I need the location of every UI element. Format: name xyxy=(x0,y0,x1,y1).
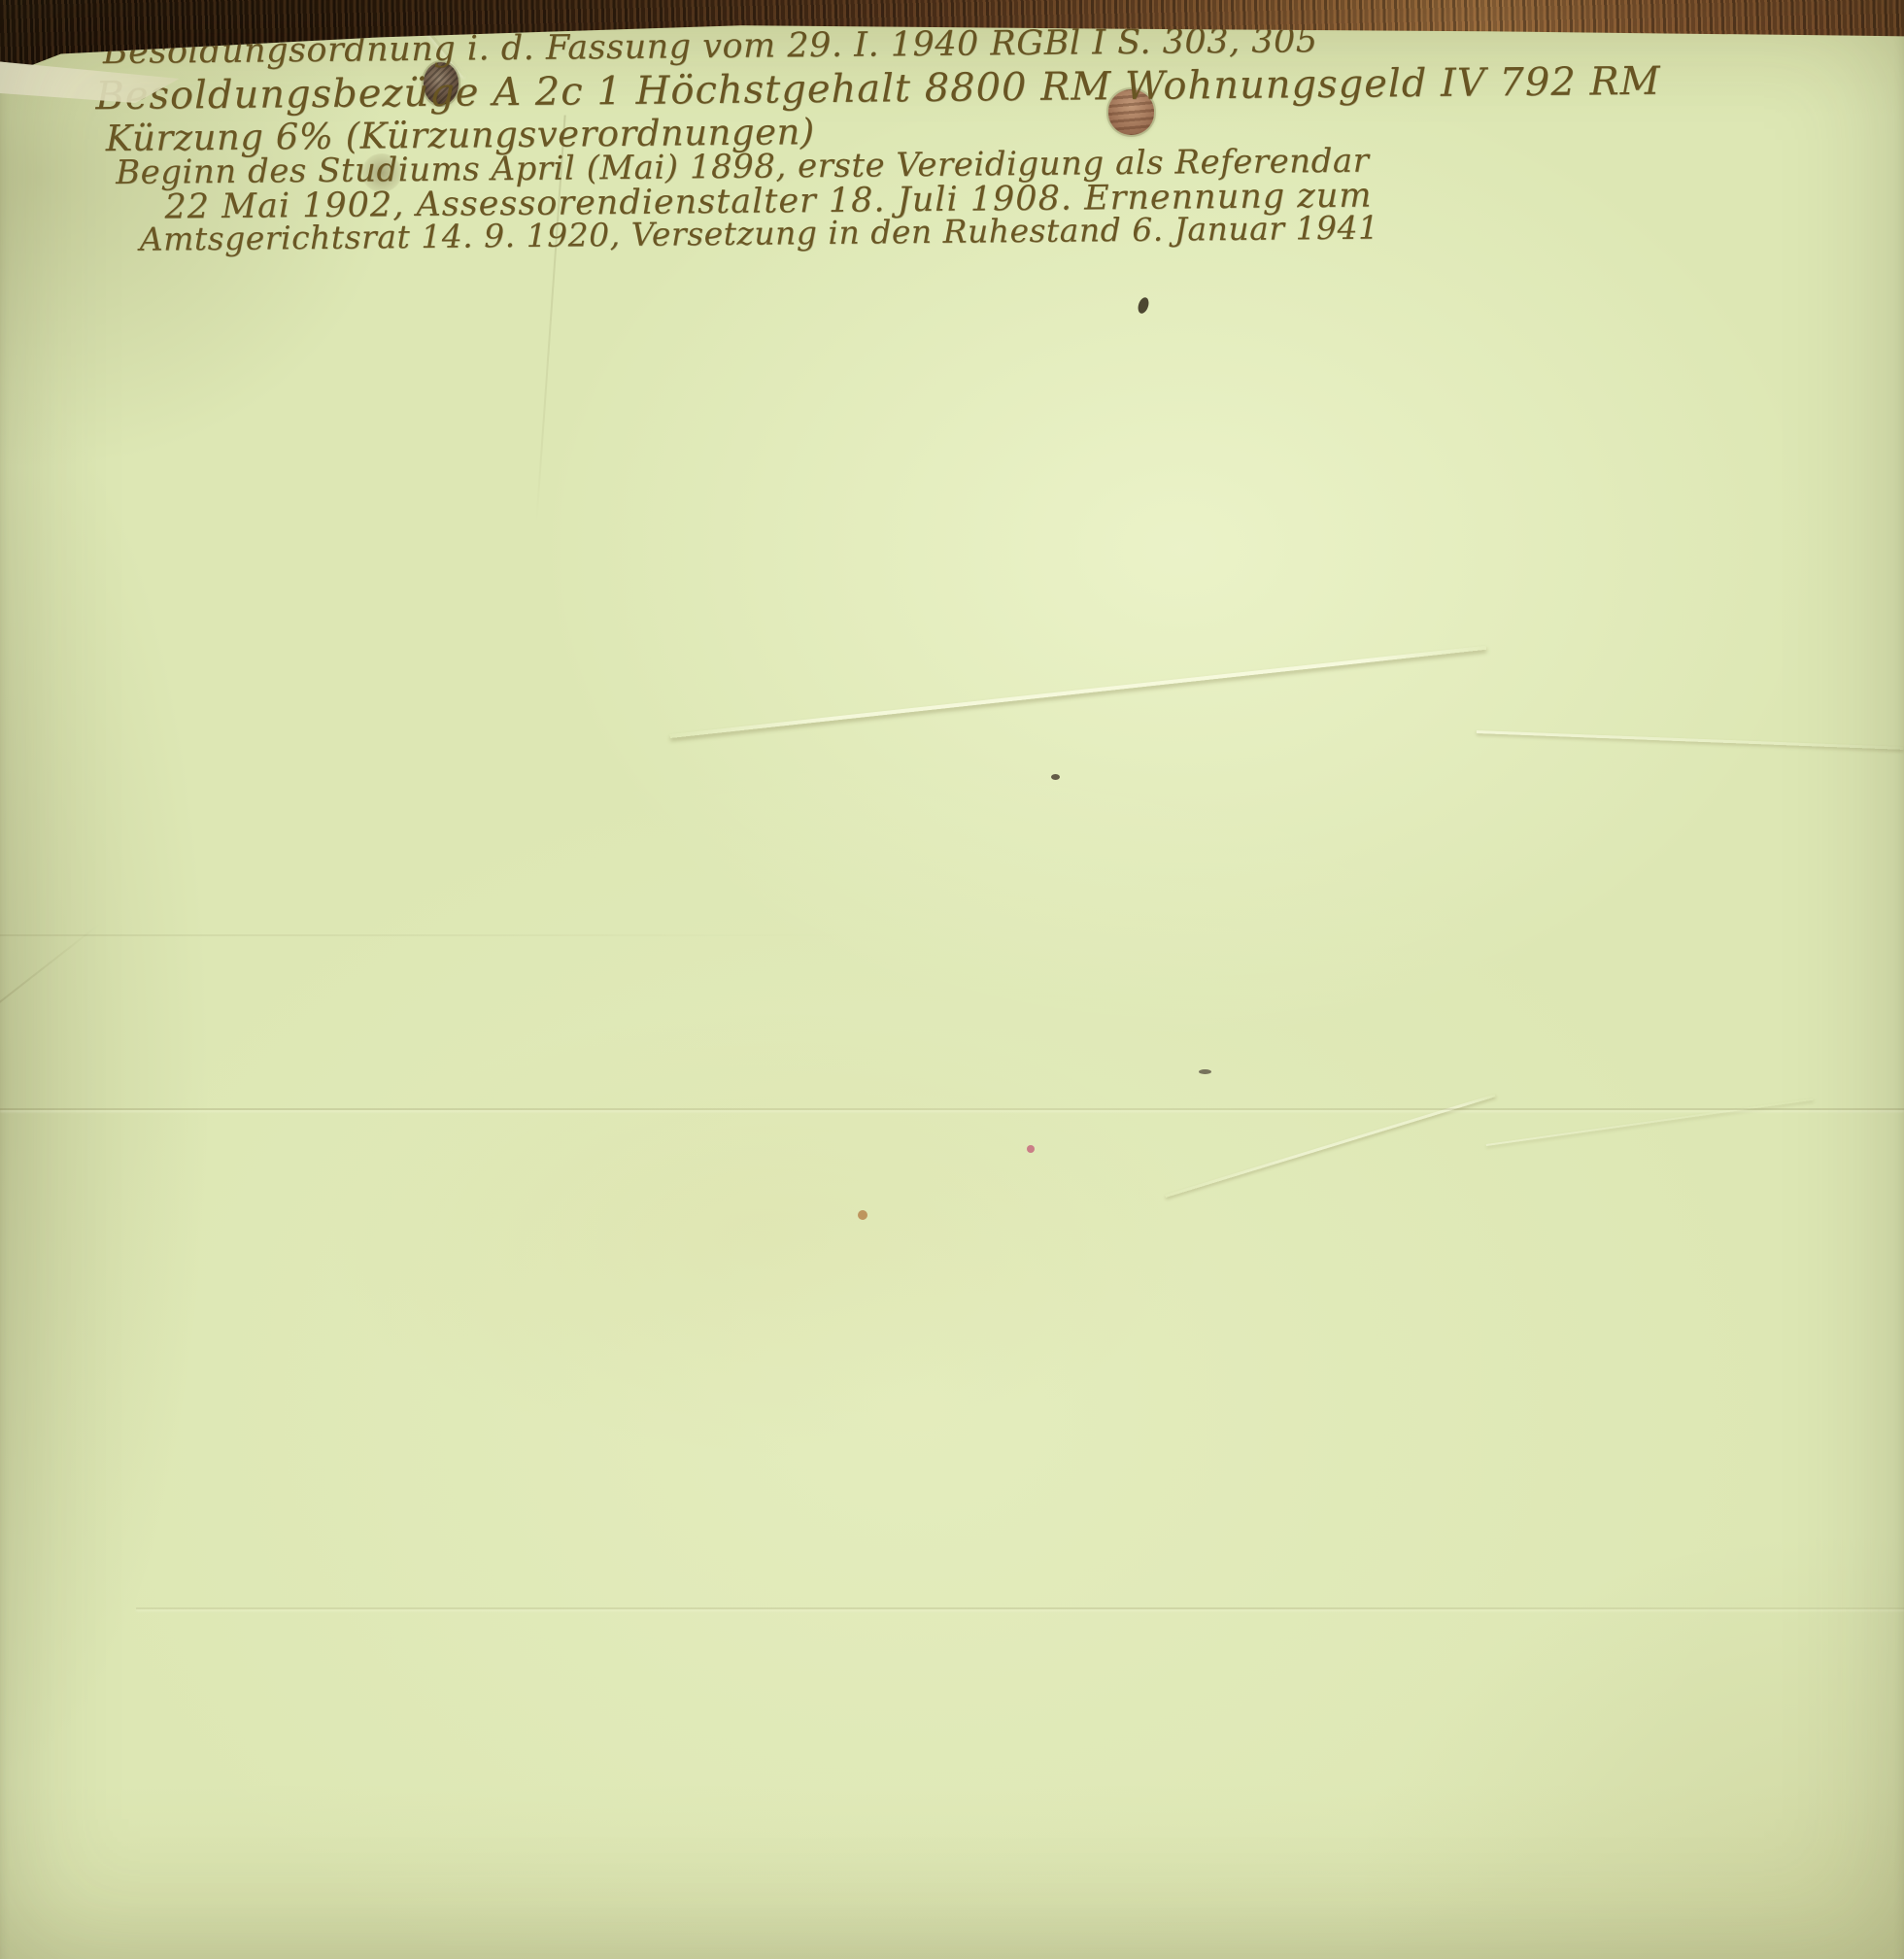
ink-speck xyxy=(1137,296,1151,315)
rust-speck xyxy=(858,1210,867,1220)
paper-fold-line xyxy=(136,1607,1904,1609)
paper-fold-line xyxy=(0,1108,1904,1110)
paper-crease xyxy=(535,115,565,522)
punch-hole xyxy=(424,62,459,105)
handwritten-line-4: Beginn des Studiums April (Mai) 1898, er… xyxy=(116,142,1370,192)
paper-crease xyxy=(1477,730,1904,750)
dark-fleck xyxy=(1051,774,1060,780)
paper-fold-line xyxy=(0,934,855,936)
paper-crease xyxy=(670,646,1486,738)
handwritten-line-5: 22 Mai 1902, Assessorendienstalter 18. J… xyxy=(164,177,1372,227)
paper-crease xyxy=(1486,1098,1814,1146)
ink-smudge xyxy=(361,153,402,192)
pink-speck xyxy=(1027,1145,1035,1153)
paper-crease xyxy=(0,923,101,1014)
handwritten-notes: Besoldungsordnung i. d. Fassung vom 29. … xyxy=(0,0,1904,1959)
punch-hole xyxy=(1108,89,1154,135)
document-paper: Besoldungsordnung i. d. Fassung vom 29. … xyxy=(0,0,1904,1959)
handwritten-line-6: Amtsgerichtsrat 14. 9. 1920, Versetzung … xyxy=(140,209,1379,258)
photo-of-document: Besoldungsordnung i. d. Fassung vom 29. … xyxy=(0,0,1904,1959)
handwritten-line-2: Besoldungsbezüge A 2c 1 Höchstgehalt 880… xyxy=(95,59,1661,118)
dark-fleck xyxy=(1199,1069,1211,1074)
paper-crease xyxy=(1165,1094,1495,1198)
handwritten-line-3: Kürzung 6% (Kürzungsverordnungen) xyxy=(106,111,815,159)
